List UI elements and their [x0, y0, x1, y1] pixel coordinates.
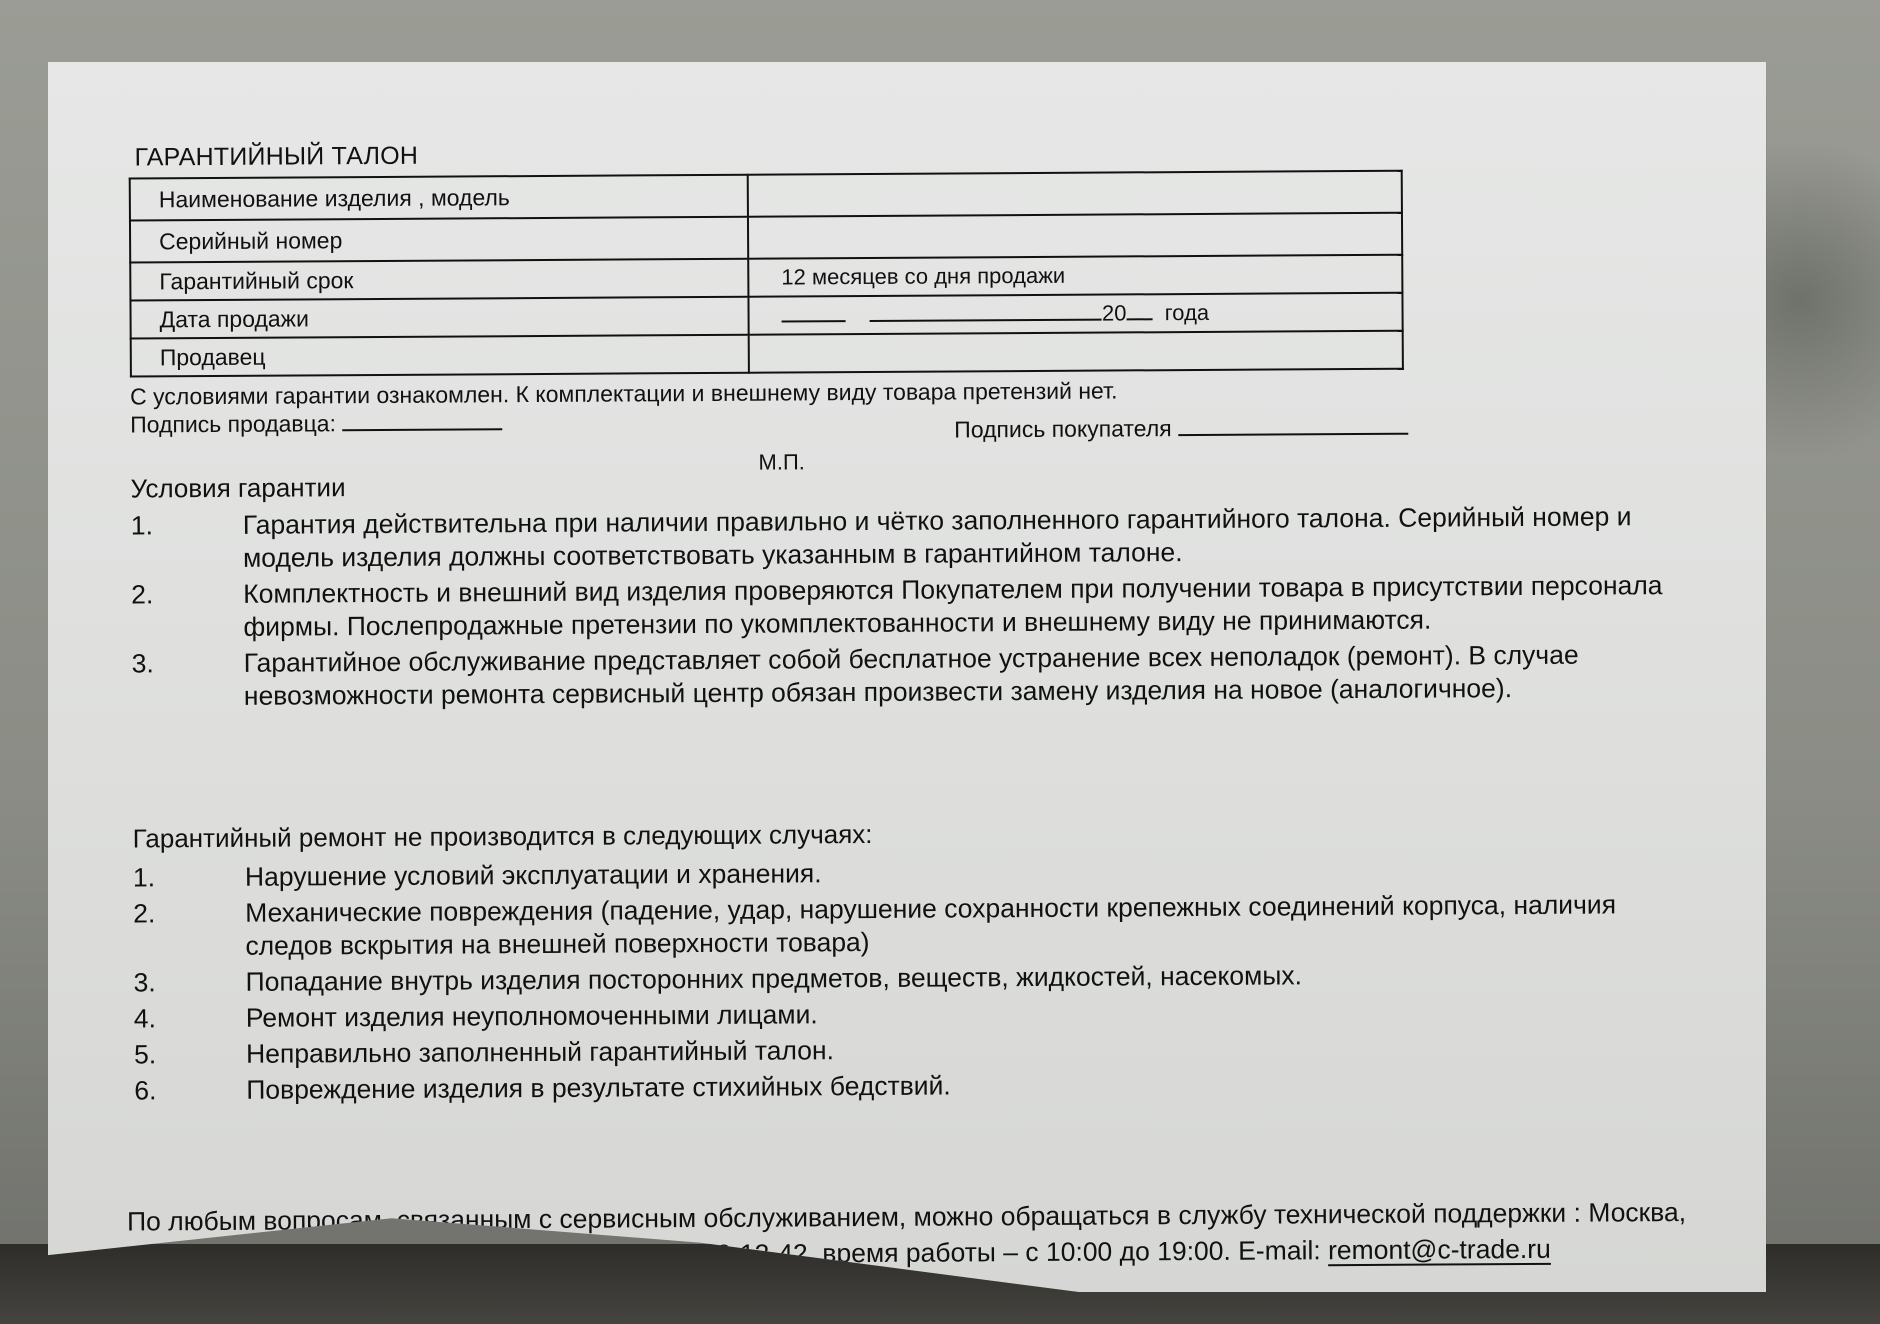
list-item-text: Гарантийное обслуживание представляет со… [244, 638, 1692, 713]
buyer-signature-line[interactable] [1178, 415, 1408, 436]
list-item: 1. Гарантия действительна при наличии пр… [131, 500, 1691, 576]
seller-signature-line[interactable] [342, 410, 502, 431]
list-item: 3. Попадание внутрь изделия посторонних … [134, 957, 1694, 1000]
warranty-fields-table: Наименование изделия , модель Серийный н… [129, 170, 1404, 378]
field-value-product[interactable] [748, 171, 1402, 217]
day-blank[interactable] [781, 302, 845, 322]
list-item-text: Попадание внутрь изделия посторонних пре… [246, 957, 1694, 999]
conditions-list: 1. Гарантия действительна при наличии пр… [131, 500, 1692, 717]
field-label-serial: Серийный номер [130, 217, 748, 263]
list-item-text: Гарантия действительна при наличии прави… [243, 500, 1691, 575]
table-row: Продавец [131, 331, 1403, 377]
list-item-text: Нарушение условий эксплуатации и хранени… [245, 852, 1693, 894]
list-item: 2. Механические повреждения (падение, уд… [133, 888, 1693, 964]
field-value-sale-date[interactable]: 20 года [748, 293, 1402, 335]
exclusions-title: Гарантийный ремонт не производится в сле… [133, 819, 873, 855]
field-label-seller: Продавец [131, 335, 749, 377]
list-item-number: 6. [134, 1074, 246, 1108]
list-item-number: 3. [132, 647, 244, 714]
warranty-card-content: ГАРАНТИЙНЫЙ ТАЛОН Наименование изделия ,… [48, 52, 1766, 62]
list-item-number: 2. [131, 578, 243, 645]
acknowledgement-text: С условиями гарантии ознакомлен. К компл… [130, 377, 1118, 410]
list-item-text: Механические повреждения (падение, удар,… [245, 888, 1693, 963]
field-value-warranty-period: 12 месяцев со дня продажи [748, 255, 1402, 297]
buyer-signature: Подпись покупателя [954, 414, 1408, 444]
exclusions-list: 1. Нарушение условий эксплуатации и хран… [133, 852, 1694, 1111]
list-item-number: 2. [133, 897, 245, 964]
list-item: 4. Ремонт изделия неуполномоченными лица… [134, 993, 1694, 1036]
field-label-sale-date: Дата продажи [130, 297, 748, 339]
document-title: ГАРАНТИЙНЫЙ ТАЛОН [134, 142, 418, 173]
list-item-text: Повреждение изделия в результате стихийн… [246, 1065, 1694, 1107]
list-item-number: 4. [134, 1002, 246, 1036]
list-item-text: Неправильно заполненный гарантийный тало… [246, 1029, 1694, 1071]
list-item-text: Комплектность и внешний вид изделия пров… [243, 569, 1691, 644]
list-item-number: 5. [134, 1038, 246, 1072]
list-item-number: 3. [134, 966, 246, 1000]
month-blank[interactable] [870, 301, 1102, 322]
buyer-signature-label: Подпись покупателя [954, 415, 1172, 442]
conditions-title: Условия гарантии [131, 472, 346, 504]
field-label-warranty-period: Гарантийный срок [130, 259, 748, 301]
seller-signature: Подпись продавца: [130, 409, 502, 438]
list-item-text: Ремонт изделия неуполномоченными лицами. [246, 993, 1694, 1035]
year-suffix: года [1165, 300, 1210, 325]
field-value-seller[interactable] [749, 331, 1403, 373]
list-item: 1. Нарушение условий эксплуатации и хран… [133, 852, 1693, 895]
field-value-serial[interactable] [748, 213, 1402, 259]
year-prefix: 20 [1102, 300, 1127, 325]
list-item: 6. Повреждение изделия в результате стих… [134, 1065, 1694, 1108]
seller-signature-label: Подпись продавца: [130, 410, 336, 437]
stamp-label: М.П. [758, 449, 805, 475]
list-item: 2. Комплектность и внешний вид изделия п… [131, 569, 1691, 645]
support-email-link[interactable]: remont@c-trade.ru [1328, 1234, 1551, 1265]
list-item-number: 1. [133, 861, 245, 895]
list-item-number: 1. [131, 509, 243, 576]
list-item: 5. Неправильно заполненный гарантийный т… [134, 1029, 1694, 1072]
list-item: 3. Гарантийное обслуживание представляет… [132, 638, 1692, 714]
warranty-card-paper: ГАРАНТИЙНЫЙ ТАЛОН Наименование изделия ,… [48, 62, 1766, 1292]
year-blank[interactable] [1126, 300, 1152, 320]
field-label-product: Наименование изделия , модель [130, 175, 748, 221]
